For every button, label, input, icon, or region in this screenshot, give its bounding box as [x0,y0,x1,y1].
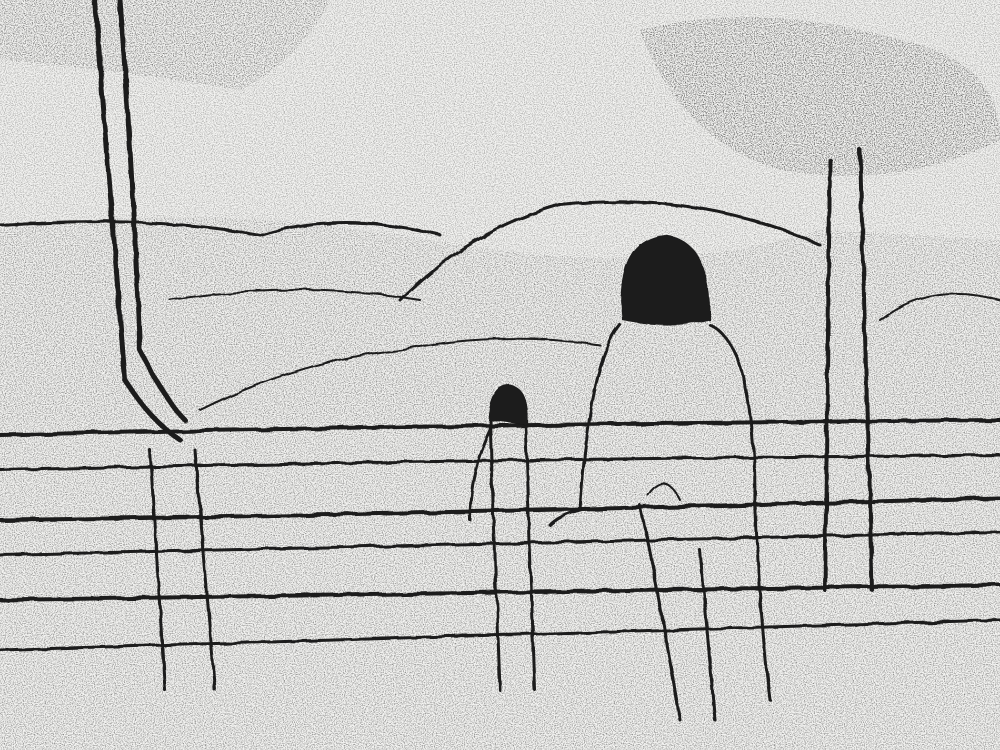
charcoal-drawing [0,0,1000,750]
tonal-texture [0,0,1000,750]
